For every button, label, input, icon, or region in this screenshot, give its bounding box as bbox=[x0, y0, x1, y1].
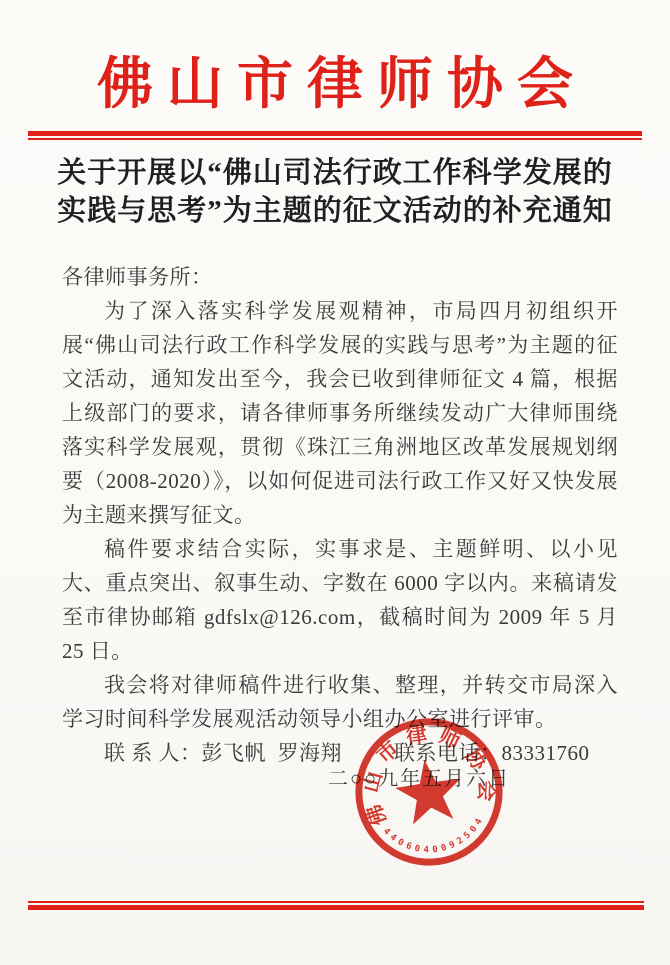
document-title-line-1: 关于开展以“佛山司法行政工作科学发展的 bbox=[0, 154, 670, 192]
official-seal-stamp: 佛山市律师协会 4406040092504 bbox=[340, 703, 518, 881]
body-paragraph-2: 稿件要求结合实际，实事求是、主题鲜明、以小见大、重点突出、叙事生动、字数在 60… bbox=[62, 532, 618, 668]
document-body: 各律师事务所： 为了深入落实科学发展观精神，市局四月初组织开展“佛山司法行政工作… bbox=[62, 260, 618, 770]
contact-phone-number: 83331760 bbox=[502, 741, 590, 765]
header-divider bbox=[28, 131, 642, 140]
document-page: 佛山市律师协会 关于开展以“佛山司法行政工作科学发展的 实践与思考”为主题的征文… bbox=[0, 0, 670, 965]
footer-divider-thick-rule bbox=[28, 905, 644, 910]
contact-names: 彭飞帆 罗海翔 bbox=[202, 741, 343, 765]
footer-divider bbox=[28, 901, 644, 910]
contact-label: 联 系 人： bbox=[104, 741, 202, 765]
seal-star-icon bbox=[392, 755, 466, 826]
header-divider-thin-rule bbox=[28, 138, 642, 140]
org-header-title: 佛山市律师协会 bbox=[0, 0, 670, 120]
body-paragraph-1: 为了深入落实科学发展观精神，市局四月初组织开展“佛山司法行政工作科学发展的实践与… bbox=[62, 294, 618, 532]
document-title: 关于开展以“佛山司法行政工作科学发展的 实践与思考”为主题的征文活动的补充通知 bbox=[0, 154, 670, 230]
document-title-line-2: 实践与思考”为主题的征文活动的补充通知 bbox=[0, 192, 670, 230]
salutation: 各律师事务所： bbox=[62, 260, 618, 294]
